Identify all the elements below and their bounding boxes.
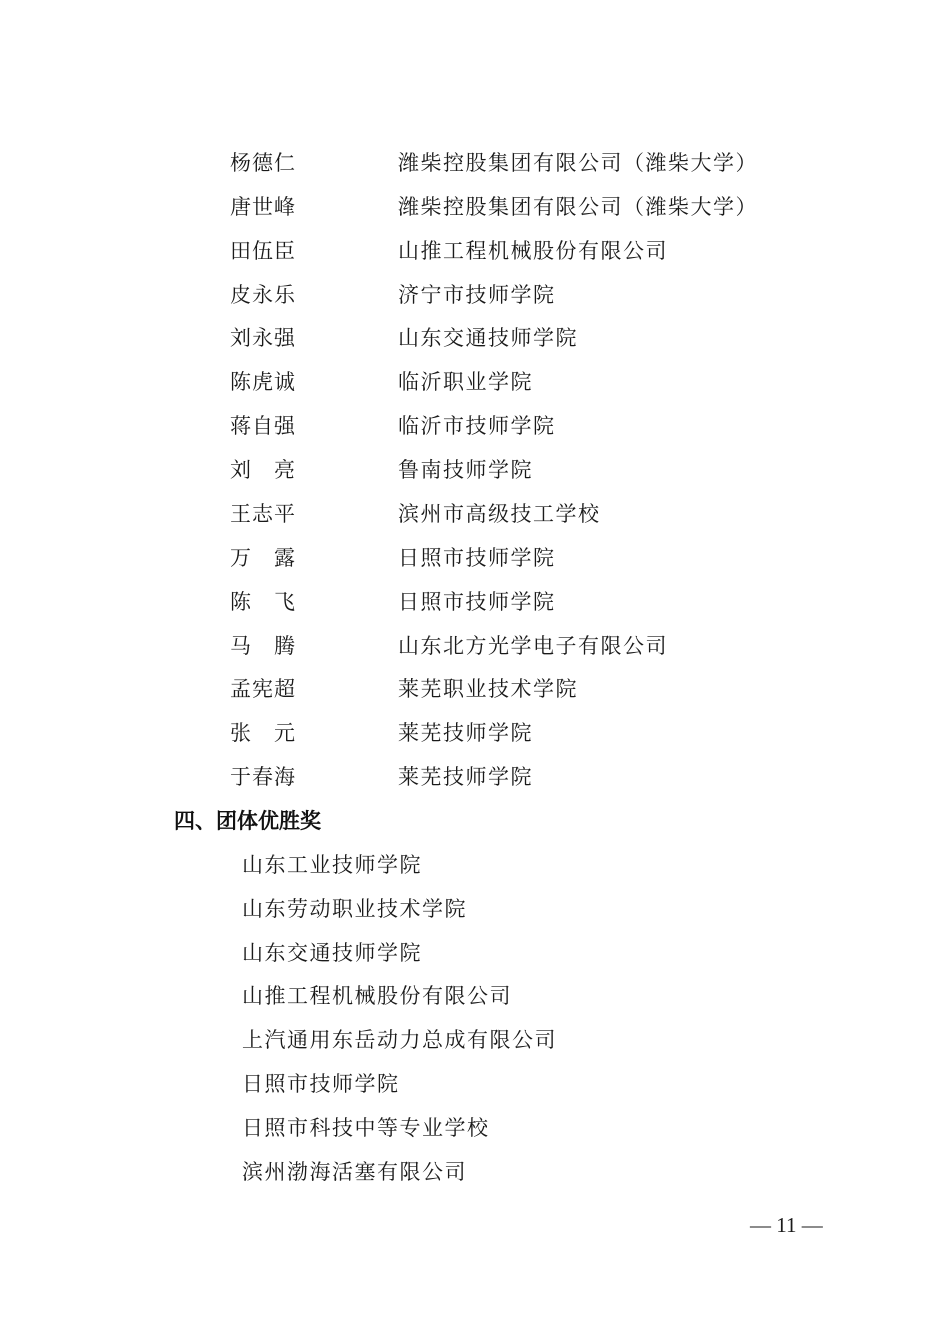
winner-org: 临沂市技师学院 <box>398 411 556 441</box>
winner-name: 王志平 <box>230 499 296 529</box>
team-award-item: 日照市技师学院 <box>242 1069 400 1099</box>
team-award-item: 山东工业技师学院 <box>242 850 422 880</box>
winner-name: 杨德仁 <box>230 148 296 178</box>
winner-org: 日照市技师学院 <box>398 543 556 573</box>
winner-name: 唐世峰 <box>230 192 296 222</box>
team-award-item: 山推工程机械股份有限公司 <box>242 981 512 1011</box>
winner-name: 陈飞 <box>230 587 296 617</box>
winner-org: 莱芜职业技术学院 <box>398 674 578 704</box>
winner-name: 于春海 <box>230 762 296 792</box>
winner-name: 万露 <box>230 543 296 573</box>
page-number: — 11 — <box>750 1210 823 1240</box>
winner-name: 皮永乐 <box>230 280 296 310</box>
winner-org: 山推工程机械股份有限公司 <box>398 236 668 266</box>
winner-org: 莱芜技师学院 <box>398 762 533 792</box>
winner-name: 孟宪超 <box>230 674 296 704</box>
winner-name: 陈虎诚 <box>230 367 296 397</box>
winner-org: 莱芜技师学院 <box>398 718 533 748</box>
team-award-item: 滨州渤海活塞有限公司 <box>242 1157 467 1187</box>
winner-org: 鲁南技师学院 <box>398 455 533 485</box>
winner-org: 潍柴控股集团有限公司（潍柴大学） <box>398 192 758 222</box>
winner-org: 滨州市高级技工学校 <box>398 499 601 529</box>
winner-name: 刘永强 <box>230 323 296 353</box>
team-award-item: 山东劳动职业技术学院 <box>242 894 467 924</box>
winner-org: 潍柴控股集团有限公司（潍柴大学） <box>398 148 758 178</box>
winner-name: 蒋自强 <box>230 411 296 441</box>
winner-name: 张元 <box>230 718 296 748</box>
winner-name: 田伍臣 <box>230 236 296 266</box>
winner-name: 马腾 <box>230 631 296 661</box>
document-page: 杨德仁 潍柴控股集团有限公司（潍柴大学） 唐世峰 潍柴控股集团有限公司（潍柴大学… <box>0 0 949 1343</box>
winner-org: 山东北方光学电子有限公司 <box>398 631 668 661</box>
winner-org: 临沂职业学院 <box>398 367 533 397</box>
team-award-item: 山东交通技师学院 <box>242 938 422 968</box>
winner-org: 日照市技师学院 <box>398 587 556 617</box>
winner-org: 济宁市技师学院 <box>398 280 556 310</box>
team-award-item: 上汽通用东岳动力总成有限公司 <box>242 1025 557 1055</box>
winner-org: 山东交通技师学院 <box>398 323 578 353</box>
winner-name: 刘亮 <box>230 455 296 485</box>
team-award-item: 日照市科技中等专业学校 <box>242 1113 490 1143</box>
section-heading-team-award: 四、团体优胜奖 <box>174 806 321 836</box>
